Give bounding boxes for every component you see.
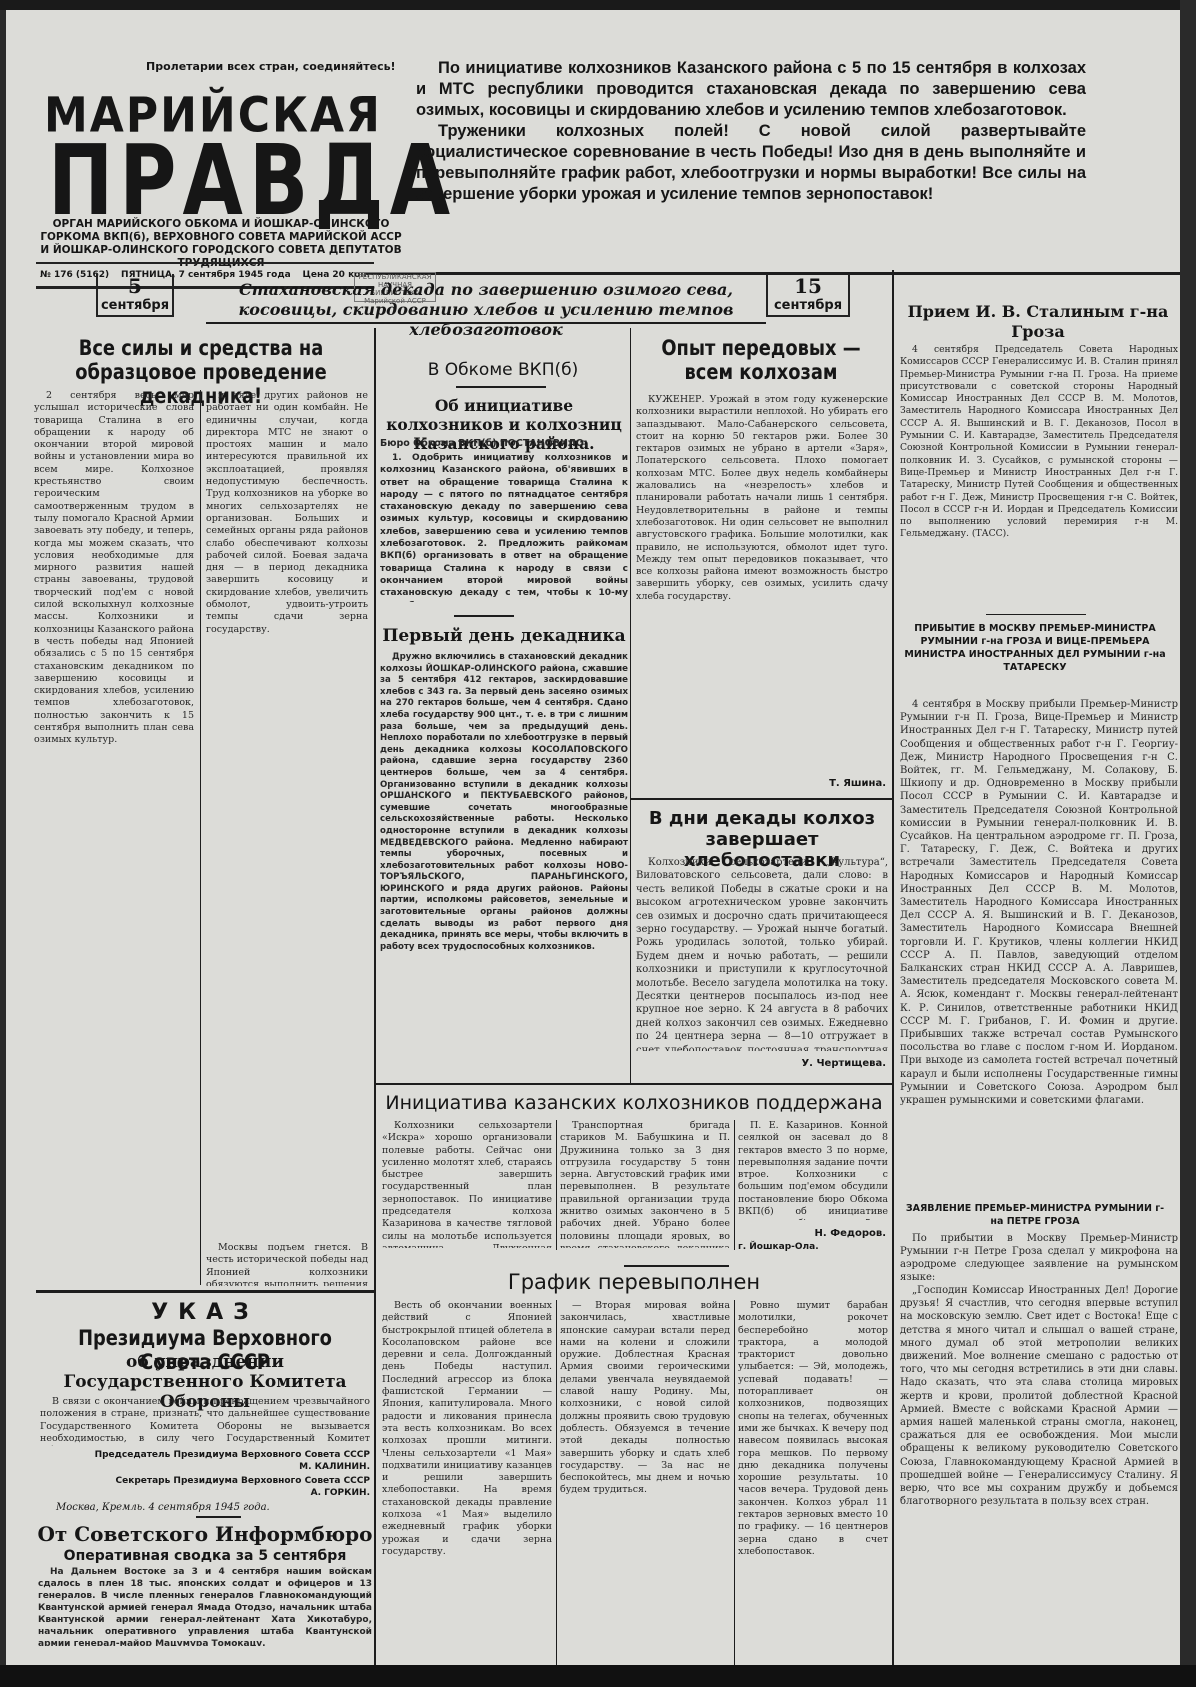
column-rule xyxy=(200,390,201,1285)
statement-quote: „Господин Комиссар Иностранных Дел! Доро… xyxy=(900,1284,1178,1664)
ukaz-sig2-name: А. ГОРКИН. xyxy=(40,1488,370,1498)
column-rule xyxy=(734,1300,735,1665)
column-rule xyxy=(374,1083,376,1665)
divider xyxy=(630,798,892,800)
statement-intro: По прибытии в Москву Премьер-Министр Рум… xyxy=(900,1232,1178,1284)
kazan-col3: П. Е. Казаринов. Конной сеялкой он засев… xyxy=(738,1120,888,1220)
first-day-body: Дружно включились в стахановский декадни… xyxy=(380,652,628,1072)
ukaz-body: В связи с окончанием войны и прекращение… xyxy=(40,1396,370,1446)
divider xyxy=(36,1290,374,1293)
experience-body: КУЖЕНЕР. Урожай в этом году куженерские … xyxy=(636,394,888,774)
obkom-intro: Бюро Обкома ВКП(б) ПОСТАНОВИЛО: xyxy=(380,438,628,452)
kazan-col2: Транспортная бригада стариков М. Бабушки… xyxy=(560,1120,730,1248)
slogan: Пролетарии всех стран, соединяйтесь! xyxy=(146,60,396,73)
ukaz-sig2-title: Секретарь Президиума Верховного Совета С… xyxy=(40,1476,370,1486)
kolkhoz-finishes-body: Колхозники сельхозартели „Культура“, Вил… xyxy=(636,856,888,1051)
newspaper-page: Пролетарии всех стран, соединяйтесь! МАР… xyxy=(6,10,1190,1665)
all-forces-col2: и ряде других районов не работает ни оди… xyxy=(206,390,368,1240)
section-obkom: В Обкоме ВКП(б) xyxy=(378,360,628,380)
divider xyxy=(206,322,766,324)
all-forces-col2-end: Москвы подъем гнется. В честь историческ… xyxy=(206,1242,368,1286)
schedule-col1: Весть об окончании военных действий с Яп… xyxy=(382,1300,552,1665)
schedule-col3: Ровно шумит барабан молотилки, рокочет б… xyxy=(738,1300,888,1665)
kazan-col1: Колхозники сельхозартели «Искра» хорошо … xyxy=(382,1120,552,1248)
date-box-end-day: 15 xyxy=(794,274,822,298)
ukaz-sig1-name: М. КАЛИНИН. xyxy=(40,1462,370,1472)
headline-kazan-initiative: Инициатива казанских колхозников поддерж… xyxy=(378,1092,890,1114)
column-rule xyxy=(374,328,376,1083)
scan-border-top xyxy=(0,0,1196,10)
headline-sovinform: От Советского Информбюро xyxy=(36,1522,374,1546)
ukaz-title: УКАЗ xyxy=(36,1300,374,1325)
kazan-signature: Н. Федоров. xyxy=(806,1228,886,1239)
date-box-start: 5 сентября xyxy=(96,274,174,317)
headline-first-day: Первый день декадника xyxy=(380,626,628,647)
sovinform-body: На Дальнем Востоке за 3 и 4 сентября наш… xyxy=(38,1566,372,1646)
column-rule xyxy=(556,1120,557,1250)
schedule-col2: — Вторая мировая война закончилась, хвас… xyxy=(560,1300,730,1665)
ukaz-place-date: Москва, Кремль. 4 сентября 1945 года. xyxy=(56,1502,270,1513)
kazan-location: г. Йошкар-Ола. xyxy=(738,1242,819,1252)
divider xyxy=(986,614,1086,615)
headline-stalin-reception: Прием И. В. Сталиным г-на Гроза xyxy=(898,302,1178,342)
lead-paragraph-1: По инициативе колхозников Казанского рай… xyxy=(416,58,1086,121)
divider xyxy=(374,1083,892,1085)
date-box-start-month: сентября xyxy=(98,298,172,317)
all-forces-col1: 2 сентября весь мир услышал исторические… xyxy=(34,390,194,1285)
headline-schedule: График перевыполнен xyxy=(378,1270,890,1294)
arrival-body: 4 сентября в Москву прибыли Премьер-Мини… xyxy=(900,698,1178,1190)
divider xyxy=(624,1265,729,1267)
divider xyxy=(454,615,514,617)
date-box-end-month: сентября xyxy=(768,298,848,317)
lead-paragraph-2: Труженики колхозных полей! С новой силой… xyxy=(416,121,1086,205)
column-rule xyxy=(556,1300,557,1665)
decade-banner-text: Стахановская декада по завершению озимог… xyxy=(206,280,766,340)
scan-border-bottom xyxy=(0,1665,1196,1687)
scan-border-right xyxy=(1180,0,1196,1687)
column-rule xyxy=(892,270,894,1665)
obkom-body: 1. Одобрить инициативу колхозников и кол… xyxy=(380,452,628,602)
headline-experience: Опыт передовых — всем колхозам xyxy=(655,336,868,384)
ukaz-sig1-title: Председатель Президиума Верховного Совет… xyxy=(40,1450,370,1460)
date-box-end: 15 сентября xyxy=(766,274,850,317)
lead-appeal: По инициативе колхозников Казанского рай… xyxy=(416,58,1086,205)
column-rule xyxy=(630,328,631,1083)
column-rule xyxy=(734,1120,735,1250)
stalin-reception-body: 4 сентября Председатель Совета Народных … xyxy=(900,344,1178,612)
headline-arrival: ПРИБЫТИЕ В МОСКВУ ПРЕМЬЕР-МИНИСТРА РУМЫН… xyxy=(900,622,1170,674)
divider xyxy=(456,386,546,388)
date-box-start-day: 5 xyxy=(128,274,142,298)
divider xyxy=(196,1516,241,1518)
headline-statement: ЗАЯВЛЕНИЕ ПРЕМЬЕР-МИНИСТРА РУМЫНИИ г-на … xyxy=(900,1202,1170,1228)
experience-signature: Т. Яшина. xyxy=(636,778,886,789)
kolkhoz-finishes-signature: У. Чертищева. xyxy=(636,1058,886,1069)
sovinform-subheadline: Оперативная сводка за 5 сентября xyxy=(36,1548,374,1564)
